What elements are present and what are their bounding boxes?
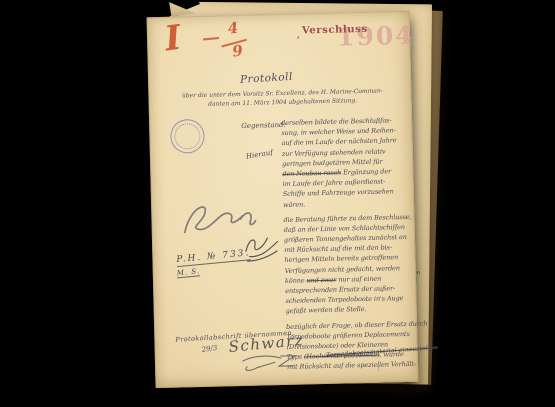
file-mark-dash xyxy=(203,37,219,40)
front-page: I 4 9 1904 , Verschluss · · · · · Protok… xyxy=(147,11,419,388)
document-subtitle: über die unter dem Vorsitz Sr. Excellenz… xyxy=(176,87,388,109)
body-line: gefaßt werden die Stelle. xyxy=(286,305,400,318)
body-line: wären. xyxy=(283,198,397,211)
hierauf-note: Hierauf xyxy=(245,148,273,160)
file-mark-roman: I xyxy=(163,18,184,60)
page-number: 1 xyxy=(376,365,381,373)
body-line: mit Rücksicht auf die speziellen Verhält… xyxy=(287,360,401,373)
file-mark-denominator: 9 xyxy=(231,41,244,60)
registry-ms: M. S. xyxy=(176,267,200,278)
round-receipt-stamp-inner: · · · · · xyxy=(171,120,204,153)
document-title: Protokoll xyxy=(240,71,293,86)
verschluss-stamp: Verschluss xyxy=(302,24,368,37)
closing-date: 29/3 xyxy=(201,344,218,354)
verschluss-tick: , xyxy=(297,30,300,40)
signature-flourish xyxy=(241,352,297,373)
scanned-document-stage: , übernommen mag auf 4 I 4 9 1904 , Vers… xyxy=(0,0,555,407)
round-receipt-stamp: · · · · · xyxy=(166,115,209,158)
registry-number: P.H. № 733. xyxy=(176,248,251,267)
file-mark-numerator: 4 xyxy=(227,19,239,38)
receipt-stamp-text-2: · · xyxy=(184,135,191,141)
gegenstand-label: Gegenstand: xyxy=(241,121,286,130)
